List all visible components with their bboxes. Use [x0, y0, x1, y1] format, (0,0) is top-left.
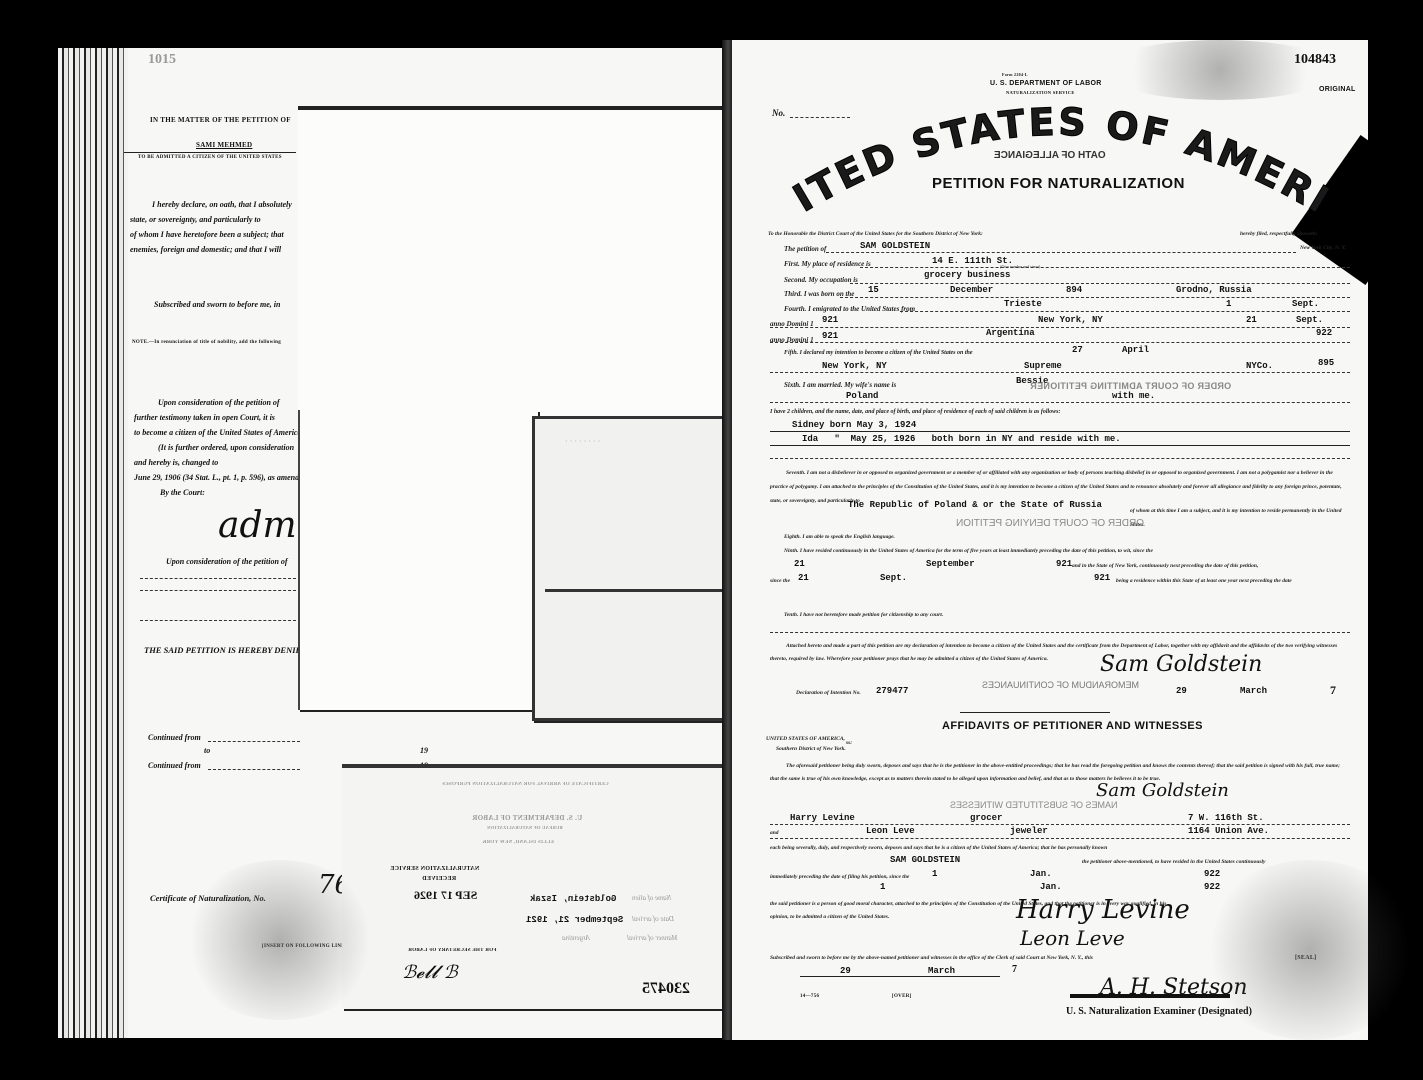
venue-line-1: UNITED STATES OF AMERICA, — [766, 736, 845, 742]
state-day: 21 — [798, 573, 809, 583]
affidavits-title: AFFIDAVITS OF PETITIONER AND WITNESSES — [942, 720, 1203, 732]
sovereign-tail: of whom at this time I am a subject, and… — [1130, 504, 1350, 532]
ninth-year: 921 — [1056, 559, 1072, 569]
occupation-label: Second. My occupation is — [784, 276, 858, 284]
since-month: Jan. — [1030, 869, 1052, 879]
left-subheader: TO BE ADMITTED A CITIZEN OF THE UNITED S… — [138, 155, 282, 160]
born-year: 894 — [1066, 285, 1082, 295]
blank-overlay-sheet-lower — [298, 410, 538, 710]
secretary-line: FOR THE SECRETARY OF LABOR — [408, 948, 496, 953]
subscribed-line: Subscribed and sworn to before me by the… — [770, 955, 1093, 961]
denied-heading: THE SAID PETITION IS HEREBY DENIED — [144, 645, 307, 655]
since-year: 922 — [1204, 869, 1220, 879]
declared-month: April — [1122, 345, 1149, 355]
continued-from-1: Continued from — [148, 733, 201, 742]
declared-place: New York, NY — [822, 361, 887, 371]
examiner-label: U. S. Naturalization Examiner (Designate… — [1066, 1006, 1252, 1017]
oath-of-allegiance-mirror: OATH OF ALLEGIANCE — [994, 150, 1106, 161]
filed-line: hereby filed, respectfully showeth: — [1240, 231, 1318, 237]
order-line: to become a citizen of the United States… — [134, 428, 301, 437]
order-line: June 29, 1906 (34 Stat. L., pt. 1, p. 59… — [134, 473, 307, 482]
state-since-year: 922 — [1204, 882, 1220, 892]
subscribed-line: Subscribed and sworn to before me, in — [154, 300, 280, 309]
wife-birthplace: Poland — [846, 391, 878, 401]
arrival-date-label: Date of arrival — [632, 915, 674, 923]
attached-paragraph: Attached hereto and made a part of this … — [770, 640, 1350, 666]
witness-2-name: Leon Leve — [866, 826, 915, 836]
sovereign-value: The Republic of Poland & or the State of… — [848, 500, 1102, 510]
witness-1-residence: 7 W. 116th St. — [1188, 813, 1264, 823]
occupation-value: grocery business — [924, 270, 1010, 280]
filed-year: 7 — [1330, 683, 1336, 698]
microfilm-smudge — [1100, 40, 1340, 100]
arrival-manner: Argentina — [562, 934, 590, 942]
filed-month: March — [1240, 686, 1267, 696]
state-year: 921 — [1094, 573, 1110, 583]
continued-from-2: Continued from — [148, 761, 201, 770]
left-petitioner-name: SAMI MEHMED — [196, 141, 252, 149]
arrival-office: ELLIS ISLAND, NEW YORK — [482, 840, 554, 845]
order-line: further testimony taken in open Court, i… — [134, 413, 275, 422]
subscribed-day: 29 — [840, 966, 851, 976]
declared-year: 922 — [1316, 328, 1332, 338]
arrival-date: September 21, 1921 — [526, 915, 623, 925]
book-spine — [58, 48, 128, 1038]
microfilm-smudge — [1200, 860, 1420, 1040]
arrival-day: 21 — [1246, 315, 1257, 325]
mirror-order-denying: ORDER OF COURT DENYING PETITION — [956, 518, 1144, 529]
left-page-number: 1015 — [148, 52, 176, 68]
order-line: (It is further ordered, upon considerati… — [158, 443, 294, 452]
commissioner-signature: ℬ𝓮𝓵𝓵 ℬ — [402, 962, 458, 983]
children-label: I have 2 children, and the name, date, a… — [770, 409, 1061, 415]
declared-label: Fifth. I declared my intention to become… — [784, 350, 973, 356]
alien-name: Goldstein, Iszak — [530, 894, 616, 904]
witness-1-occupation: grocer — [970, 813, 1002, 823]
emigrated-month: Sept. — [1292, 299, 1319, 309]
child-2: Ida " May 25, 1926 both born in NY and r… — [802, 434, 1121, 444]
subscribed-month: March — [928, 966, 955, 976]
state-since-day: 1 — [880, 882, 885, 892]
witness-1-name: Harry Levine — [790, 813, 855, 823]
received-stamp-label: RECEIVED — [422, 876, 456, 882]
order-line: Upon consideration of the petition of — [158, 398, 280, 407]
filed-day: 29 — [1176, 686, 1187, 696]
child-1: Sidney born May 3, 1924 — [792, 420, 916, 430]
declared-number: 895 — [1318, 358, 1334, 368]
witness-2-signature: Leon Leve — [1020, 926, 1125, 950]
affidavit-paragraph: The aforesaid petitioner being duly swor… — [770, 760, 1350, 786]
state-since-month: Jan. — [1040, 882, 1062, 892]
vessel-year: 921 — [822, 331, 838, 341]
petitioner-name: SAM GOLDSTEIN — [860, 241, 930, 251]
wife-residence: with me. — [1112, 391, 1155, 401]
denial-intro: Upon consideration of the petition of — [166, 557, 288, 566]
arrival-port: New York, NY — [1038, 315, 1103, 325]
declared-day: 27 — [1072, 345, 1083, 355]
venue-line-2: Southern District of New York. — [776, 746, 846, 752]
emigrated-day: 1 — [1226, 299, 1231, 309]
order-line: By the Court: — [160, 488, 205, 497]
arrival-number: 230475 — [642, 980, 690, 998]
left-header: IN THE MATTER OF THE PETITION OF — [150, 116, 291, 124]
subscribed-year: 7 — [1012, 964, 1017, 975]
petition-title: PETITION FOR NATURALIZATION — [932, 175, 1185, 192]
petitioner-label: The petition of — [784, 245, 826, 253]
known-petitioner: SAM GOLDSTEIN — [890, 855, 960, 865]
form-number: Form 2204-L — [1002, 72, 1028, 77]
arrival-manner-label: Manner of arrival — [627, 934, 678, 942]
oath-line: enemies, foreign and domestic; and that … — [130, 245, 281, 254]
oath-line: of whom I have heretofore been a subject… — [130, 230, 284, 239]
since-day: 1 — [932, 869, 937, 879]
witness-2-residence: 1164 Union Ave. — [1188, 826, 1269, 836]
oath-line: I hereby declare, on oath, that I absolu… — [152, 200, 292, 209]
witness-2-occupation: jeweler — [1010, 826, 1048, 836]
blank-overlay-sheet — [298, 106, 736, 426]
oath-line: state, or sovereignty, and particularly … — [130, 215, 261, 224]
ninth-month: September — [926, 559, 975, 569]
affidavit-petitioner-signature: Sam Goldstein — [1096, 780, 1229, 801]
emigrated-label: Fourth. I emigrated to the United States… — [784, 305, 915, 313]
married-label: Sixth. I am married. My wife's name is — [784, 381, 896, 389]
certificate-of-arrival: CERTIFICATE OF ARRIVAL FOR NATURALIZATIO… — [342, 764, 748, 1009]
court-line: To the Honorable the District Court of t… — [768, 231, 983, 237]
born-day: 15 — [868, 285, 879, 295]
mirror-substituted-witnesses: NAMES OF SUBSTITUTED WITNESSES — [950, 800, 1118, 810]
over-label: [OVER] — [892, 994, 912, 999]
alien-name-label: Name of alien — [632, 894, 671, 902]
microfilm-smudge — [180, 860, 380, 1020]
ninth-day: 21 — [794, 559, 805, 569]
form-code: 14—756 — [800, 994, 819, 999]
order-line: and hereby is, changed to — [134, 458, 218, 467]
arrival-bureau: BUREAU OF NATURALIZATION — [487, 825, 563, 830]
mirror-order-admitting: ORDER OF COURT ADMITTING PETITIONER — [1030, 381, 1231, 391]
ninth-paragraph: Ninth. I have resided continuously in th… — [784, 548, 1153, 554]
continued-to-1: to — [204, 746, 210, 755]
continued-year-1: 19 — [420, 746, 428, 755]
petitioner-city: New York City, N. Y. — [1300, 245, 1346, 251]
tenth-paragraph: Tenth. I have not heretofore made petiti… — [784, 612, 943, 618]
mirror-memorandum: MEMORANDUM OF CONTINUANCES — [982, 680, 1139, 690]
born-place: Grodno, Russia — [1176, 285, 1252, 295]
nobility-note: NOTE.—In renunciation of title of nobili… — [132, 340, 281, 345]
declared-court-of: NYCo. — [1246, 361, 1273, 371]
arrival-department: U. S. DEPARTMENT OF LABOR — [472, 814, 582, 822]
residence-label: First. My place of residence is — [784, 260, 871, 268]
arrival-month: Sept. — [1296, 315, 1323, 325]
arrival-year: 921 — [822, 315, 838, 325]
petitioner-signature: Sam Goldstein — [1100, 652, 1262, 677]
emigrated-from: Trieste — [1004, 299, 1042, 309]
declared-court: Supreme — [1024, 361, 1062, 371]
born-month: December — [950, 285, 993, 295]
eighth-paragraph: Eighth. I am able to speak the English l… — [784, 534, 895, 540]
received-stamp-service: NATURALIZATION SERVICE — [390, 866, 479, 872]
arrival-title: CERTIFICATE OF ARRIVAL FOR NATURALIZATIO… — [442, 782, 609, 787]
venue-ss: ss: — [846, 740, 852, 746]
declaration-number: 279477 — [876, 686, 908, 696]
received-stamp-date: SEP 17 1926 — [414, 888, 477, 903]
state-month: Sept. — [880, 573, 907, 583]
witness-1-signature: Harry Levine — [1016, 895, 1190, 925]
vessel-name: Argentina — [986, 328, 1035, 338]
